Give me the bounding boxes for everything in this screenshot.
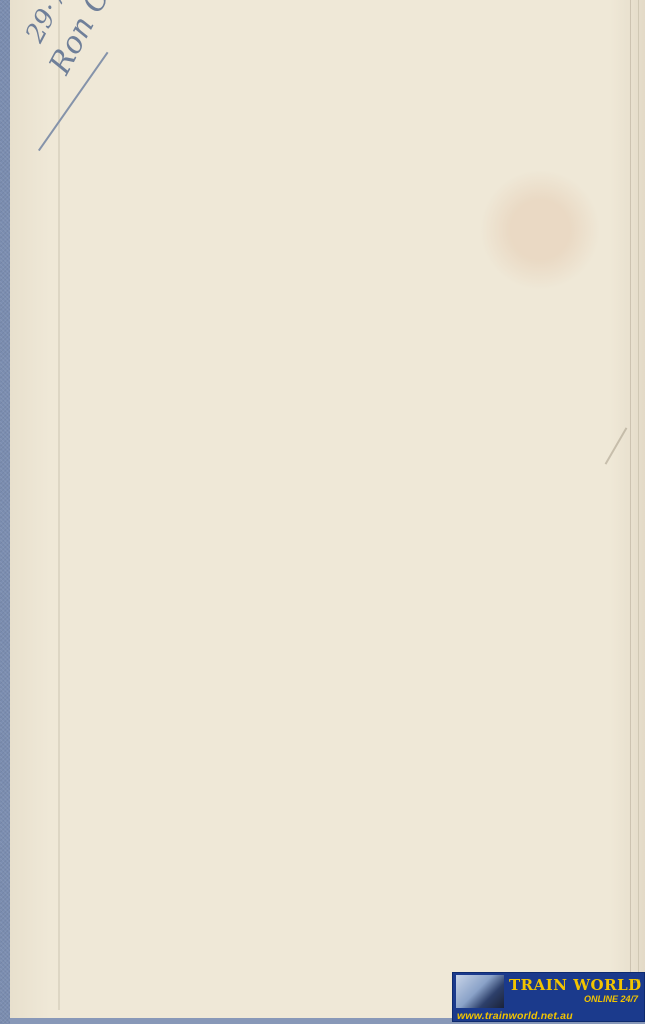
- trainworld-watermark: TRAIN WORLD LTD ONLINE 24/7 www.trainwor…: [452, 972, 645, 1022]
- page-edge-right-outer: [638, 0, 639, 1010]
- watermark-tagline: ONLINE 24/7: [584, 994, 638, 1004]
- page-edge-right: [630, 0, 631, 1010]
- page-fold-left: [58, 0, 60, 1010]
- endpaper-page: [10, 0, 645, 1020]
- steam-locomotive-photo-icon: [456, 975, 504, 1008]
- watermark-url: www.trainworld.net.au: [457, 1010, 573, 1022]
- watermark-ltd: LTD: [631, 979, 640, 985]
- watermark-title: TRAIN WORLD: [509, 976, 642, 994]
- page-crease-mark: [605, 427, 628, 464]
